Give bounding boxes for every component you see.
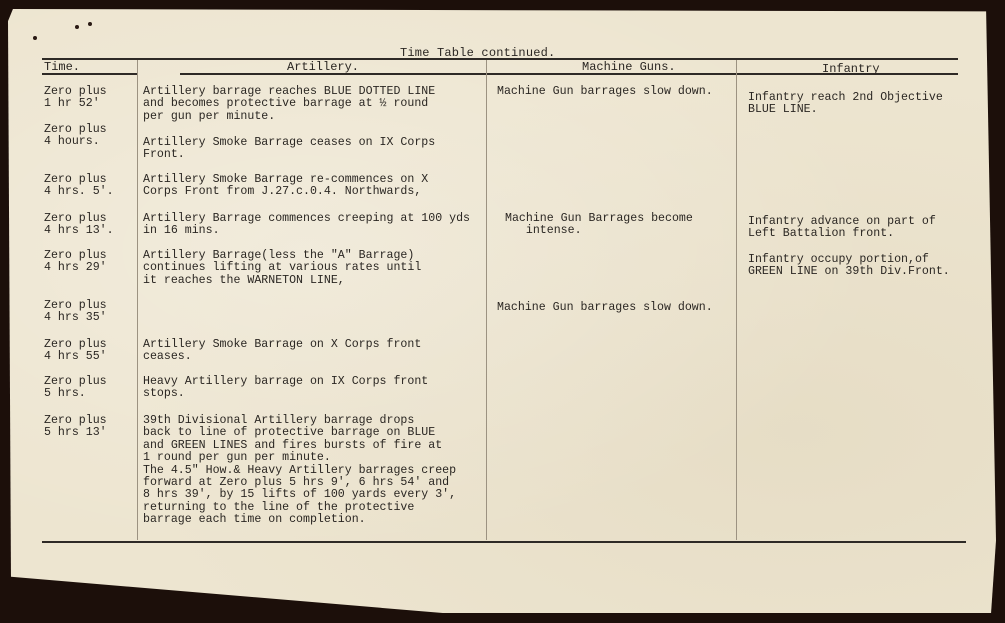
row-time: Zero plus 5 hrs. — [44, 376, 107, 401]
column-header-artillery: Artillery. — [287, 60, 359, 74]
row-time: Zero plus 4 hrs 35' — [44, 300, 107, 325]
column-divider — [486, 60, 487, 540]
row-artillery: Artillery Smoke Barrage on X Corps front… — [143, 339, 421, 364]
punch-hole — [88, 22, 92, 26]
row-machine-guns: Machine Gun barrages slow down. — [497, 302, 713, 314]
row-artillery: Artillery barrage reaches BLUE DOTTED LI… — [143, 86, 435, 123]
column-header-time: Time. — [44, 60, 80, 74]
column-header-machine-guns: Machine Guns. — [582, 60, 676, 74]
row-infantry: Infantry occupy portion,of GREEN LINE on… — [748, 254, 950, 279]
row-artillery: Artillery Barrage commences creeping at … — [143, 213, 470, 238]
row-artillery: Artillery Barrage(less the "A" Barrage) … — [143, 250, 421, 287]
punch-hole — [75, 25, 79, 29]
row-machine-guns: Machine Gun barrages slow down. — [497, 86, 713, 98]
row-artillery: Heavy Artillery barrage on IX Corps fron… — [143, 376, 428, 401]
row-time: Zero plus 5 hrs 13' — [44, 415, 107, 440]
row-machine-guns: Machine Gun Barrages become intense. — [505, 213, 693, 238]
punch-hole — [33, 36, 37, 40]
row-infantry: Infantry advance on part of Left Battali… — [748, 216, 936, 241]
column-header-infantry: Infantry — [822, 62, 880, 76]
row-artillery: Artillery Smoke Barrage re-commences on … — [143, 174, 428, 199]
row-time: Zero plus 1 hr 52' — [44, 86, 107, 111]
row-infantry: Infantry reach 2nd Objective BLUE LINE. — [748, 92, 943, 117]
table-bottom-rule — [42, 541, 966, 543]
row-time: Zero plus 4 hrs 29' — [44, 250, 107, 275]
row-time: Zero plus 4 hrs. 5'. — [44, 174, 114, 199]
row-artillery: 39th Divisional Artillery barrage drops … — [143, 415, 456, 527]
column-divider — [137, 60, 138, 540]
row-time: Zero plus 4 hrs 13'. — [44, 213, 114, 238]
header-top-rule — [42, 58, 958, 60]
row-time: Zero plus 4 hrs 55' — [44, 339, 107, 364]
row-time: Zero plus 4 hours. — [44, 124, 107, 149]
column-divider — [736, 60, 737, 540]
row-artillery: Artillery Smoke Barrage ceases on IX Cor… — [143, 137, 435, 162]
